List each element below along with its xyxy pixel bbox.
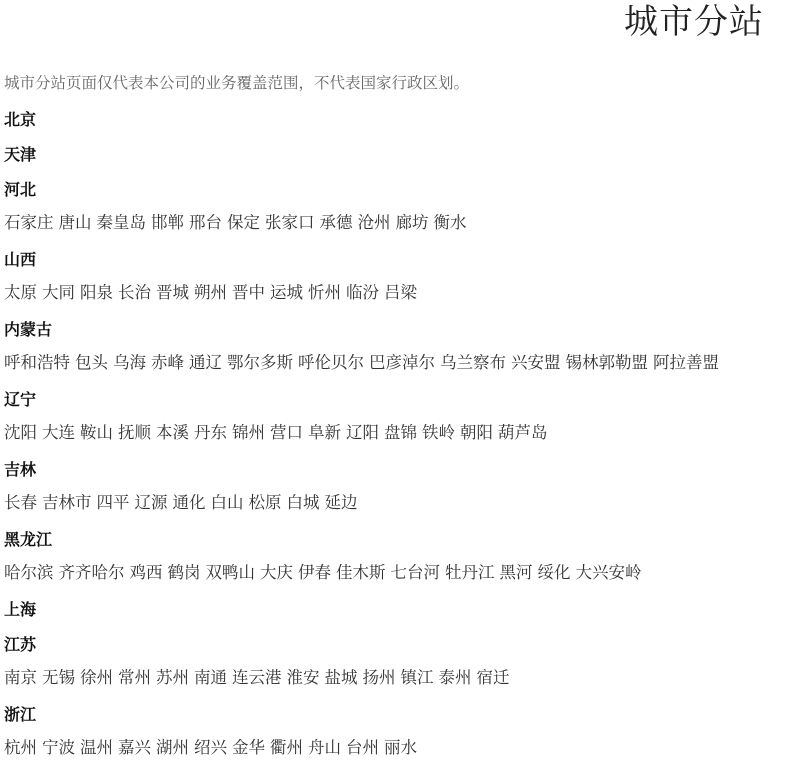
city-link[interactable]: 丹东 bbox=[194, 423, 227, 442]
city-link[interactable]: 辽阳 bbox=[346, 423, 379, 442]
region-section: 浙江杭州宁波温州嘉兴湖州绍兴金华衢州舟山台州丽水 bbox=[4, 701, 800, 763]
city-link[interactable]: 呼伦贝尔 bbox=[298, 353, 364, 372]
province-heading: 吉林 bbox=[4, 456, 800, 491]
city-link[interactable]: 杭州 bbox=[4, 738, 37, 757]
city-link[interactable]: 哈尔滨 bbox=[4, 563, 54, 582]
city-link[interactable]: 绍兴 bbox=[194, 738, 227, 757]
city-list: 南京无锡徐州常州苏州南通连云港淮安盐城扬州镇江泰州宿迁 bbox=[4, 666, 800, 701]
city-link[interactable]: 巴彦淖尔 bbox=[369, 353, 435, 372]
city-link[interactable]: 大同 bbox=[42, 283, 75, 302]
city-link[interactable]: 鸡西 bbox=[130, 563, 163, 582]
city-link[interactable]: 营口 bbox=[270, 423, 303, 442]
city-link[interactable]: 运城 bbox=[270, 283, 303, 302]
region-section: 内蒙古呼和浩特包头乌海赤峰通辽鄂尔多斯呼伦贝尔巴彦淖尔乌兰察布兴安盟锡林郭勒盟阿… bbox=[4, 316, 800, 386]
city-link[interactable]: 晋中 bbox=[232, 283, 265, 302]
city-link[interactable]: 朔州 bbox=[194, 283, 227, 302]
city-link[interactable]: 辽源 bbox=[135, 493, 168, 512]
city-link[interactable]: 阳泉 bbox=[80, 283, 113, 302]
city-link[interactable]: 白山 bbox=[211, 493, 244, 512]
region-section: 河北石家庄唐山秦皇岛邯郸邢台保定张家口承德沧州廊坊衡水 bbox=[4, 176, 800, 246]
city-link[interactable]: 包头 bbox=[75, 353, 108, 372]
region-section: 山西太原大同阳泉长治晋城朔州晋中运城忻州临汾吕梁 bbox=[4, 246, 800, 316]
city-link[interactable]: 连云港 bbox=[232, 668, 282, 687]
city-link[interactable]: 唐山 bbox=[59, 213, 92, 232]
city-link[interactable]: 通化 bbox=[173, 493, 206, 512]
city-link[interactable]: 绥化 bbox=[538, 563, 571, 582]
city-link[interactable]: 锦州 bbox=[232, 423, 265, 442]
region-section: 黑龙江哈尔滨齐齐哈尔鸡西鹤岗双鸭山大庆伊春佳木斯七台河牡丹江黑河绥化大兴安岭 bbox=[4, 526, 800, 596]
city-link[interactable]: 长春 bbox=[4, 493, 37, 512]
city-link[interactable]: 鹤岗 bbox=[168, 563, 201, 582]
city-link[interactable]: 秦皇岛 bbox=[97, 213, 147, 232]
city-link[interactable]: 铁岭 bbox=[422, 423, 455, 442]
city-link[interactable]: 松原 bbox=[249, 493, 282, 512]
city-link[interactable]: 舟山 bbox=[308, 738, 341, 757]
city-list: 石家庄唐山秦皇岛邯郸邢台保定张家口承德沧州廊坊衡水 bbox=[4, 211, 800, 246]
city-link[interactable]: 金华 bbox=[232, 738, 265, 757]
city-link[interactable]: 七台河 bbox=[391, 563, 441, 582]
city-link[interactable]: 伊春 bbox=[298, 563, 331, 582]
city-link[interactable]: 兴安盟 bbox=[511, 353, 561, 372]
region-section: 吉林长春吉林市四平辽源通化白山松原白城延边 bbox=[4, 456, 800, 526]
city-link[interactable]: 白城 bbox=[287, 493, 320, 512]
city-link[interactable]: 扬州 bbox=[363, 668, 396, 687]
city-link[interactable]: 临汾 bbox=[346, 283, 379, 302]
city-link[interactable]: 阿拉善盟 bbox=[653, 353, 719, 372]
city-link[interactable]: 衡水 bbox=[434, 213, 467, 232]
region-list: 北京天津河北石家庄唐山秦皇岛邯郸邢台保定张家口承德沧州廊坊衡水山西太原大同阳泉长… bbox=[4, 106, 800, 763]
city-link[interactable]: 邯郸 bbox=[151, 213, 184, 232]
city-link[interactable]: 邢台 bbox=[189, 213, 222, 232]
city-link[interactable]: 吉林市 bbox=[42, 493, 92, 512]
city-link[interactable]: 赤峰 bbox=[151, 353, 184, 372]
city-link[interactable]: 沧州 bbox=[358, 213, 391, 232]
city-link[interactable]: 徐州 bbox=[80, 668, 113, 687]
city-link[interactable]: 南通 bbox=[194, 668, 227, 687]
city-link[interactable]: 沈阳 bbox=[4, 423, 37, 442]
province-heading: 浙江 bbox=[4, 701, 800, 736]
region-section: 上海 bbox=[4, 596, 800, 631]
province-heading: 河北 bbox=[4, 176, 800, 211]
city-link[interactable]: 乌兰察布 bbox=[440, 353, 506, 372]
city-list: 呼和浩特包头乌海赤峰通辽鄂尔多斯呼伦贝尔巴彦淖尔乌兰察布兴安盟锡林郭勒盟阿拉善盟 bbox=[4, 351, 800, 386]
city-link[interactable]: 乌海 bbox=[113, 353, 146, 372]
city-link[interactable]: 黑河 bbox=[500, 563, 533, 582]
city-link[interactable]: 阜新 bbox=[308, 423, 341, 442]
city-link[interactable]: 佳木斯 bbox=[336, 563, 386, 582]
city-link[interactable]: 宿迁 bbox=[477, 668, 510, 687]
city-link[interactable]: 泰州 bbox=[439, 668, 472, 687]
city-link[interactable]: 湖州 bbox=[156, 738, 189, 757]
city-link[interactable]: 延边 bbox=[325, 493, 358, 512]
city-link[interactable]: 盐城 bbox=[325, 668, 358, 687]
city-link[interactable]: 淮安 bbox=[287, 668, 320, 687]
city-link[interactable]: 镇江 bbox=[401, 668, 434, 687]
city-link[interactable]: 牡丹江 bbox=[445, 563, 495, 582]
province-heading: 江苏 bbox=[4, 631, 800, 666]
city-link[interactable]: 保定 bbox=[227, 213, 260, 232]
city-link[interactable]: 葫芦岛 bbox=[498, 423, 548, 442]
city-link[interactable]: 四平 bbox=[97, 493, 130, 512]
city-link[interactable]: 苏州 bbox=[156, 668, 189, 687]
city-link[interactable]: 鄂尔多斯 bbox=[227, 353, 293, 372]
province-heading: 上海 bbox=[4, 596, 800, 631]
city-list: 太原大同阳泉长治晋城朔州晋中运城忻州临汾吕梁 bbox=[4, 281, 800, 316]
city-link[interactable]: 抚顺 bbox=[118, 423, 151, 442]
city-link[interactable]: 宁波 bbox=[42, 738, 75, 757]
city-list: 长春吉林市四平辽源通化白山松原白城延边 bbox=[4, 491, 800, 526]
city-link[interactable]: 石家庄 bbox=[4, 213, 54, 232]
city-link[interactable]: 温州 bbox=[80, 738, 113, 757]
city-link[interactable]: 常州 bbox=[118, 668, 151, 687]
city-link[interactable]: 盘锦 bbox=[384, 423, 417, 442]
city-link[interactable]: 大庆 bbox=[260, 563, 293, 582]
city-link[interactable]: 承德 bbox=[320, 213, 353, 232]
region-section: 辽宁沈阳大连鞍山抚顺本溪丹东锦州营口阜新辽阳盘锦铁岭朝阳葫芦岛 bbox=[4, 386, 800, 456]
province-heading: 天津 bbox=[4, 141, 800, 176]
city-link[interactable]: 锡林郭勒盟 bbox=[566, 353, 649, 372]
city-link[interactable]: 太原 bbox=[4, 283, 37, 302]
city-link[interactable]: 衢州 bbox=[270, 738, 303, 757]
city-link[interactable]: 晋城 bbox=[156, 283, 189, 302]
city-link[interactable]: 大连 bbox=[42, 423, 75, 442]
province-heading: 内蒙古 bbox=[4, 316, 800, 351]
city-link[interactable]: 无锡 bbox=[42, 668, 75, 687]
city-link[interactable]: 台州 bbox=[346, 738, 379, 757]
region-section: 江苏南京无锡徐州常州苏州南通连云港淮安盐城扬州镇江泰州宿迁 bbox=[4, 631, 800, 701]
city-link[interactable]: 嘉兴 bbox=[118, 738, 151, 757]
page-title: 城市分站 bbox=[624, 0, 764, 44]
city-link[interactable]: 丽水 bbox=[384, 738, 417, 757]
province-heading: 辽宁 bbox=[4, 386, 800, 421]
city-link[interactable]: 通辽 bbox=[189, 353, 222, 372]
city-link[interactable]: 鞍山 bbox=[80, 423, 113, 442]
province-heading: 黑龙江 bbox=[4, 526, 800, 561]
city-link[interactable]: 廊坊 bbox=[396, 213, 429, 232]
region-section: 北京 bbox=[4, 106, 800, 141]
city-link[interactable]: 南京 bbox=[4, 668, 37, 687]
city-link[interactable]: 大兴安岭 bbox=[576, 563, 642, 582]
city-link[interactable]: 吕梁 bbox=[384, 283, 417, 302]
city-link[interactable]: 齐齐哈尔 bbox=[59, 563, 125, 582]
city-list: 哈尔滨齐齐哈尔鸡西鹤岗双鸭山大庆伊春佳木斯七台河牡丹江黑河绥化大兴安岭 bbox=[4, 561, 800, 596]
city-link[interactable]: 朝阳 bbox=[460, 423, 493, 442]
city-list: 杭州宁波温州嘉兴湖州绍兴金华衢州舟山台州丽水 bbox=[4, 736, 800, 763]
city-link[interactable]: 忻州 bbox=[308, 283, 341, 302]
city-link[interactable]: 长治 bbox=[118, 283, 151, 302]
city-link[interactable]: 呼和浩特 bbox=[4, 353, 70, 372]
region-section: 天津 bbox=[4, 141, 800, 176]
city-link[interactable]: 张家口 bbox=[265, 213, 315, 232]
city-list: 沈阳大连鞍山抚顺本溪丹东锦州营口阜新辽阳盘锦铁岭朝阳葫芦岛 bbox=[4, 421, 800, 456]
province-heading: 北京 bbox=[4, 106, 800, 141]
city-link[interactable]: 本溪 bbox=[156, 423, 189, 442]
province-heading: 山西 bbox=[4, 246, 800, 281]
coverage-notice: 城市分站页面仅代表本公司的业务覆盖范围，不代表国家行政区划。 bbox=[4, 72, 469, 94]
city-link[interactable]: 双鸭山 bbox=[206, 563, 256, 582]
